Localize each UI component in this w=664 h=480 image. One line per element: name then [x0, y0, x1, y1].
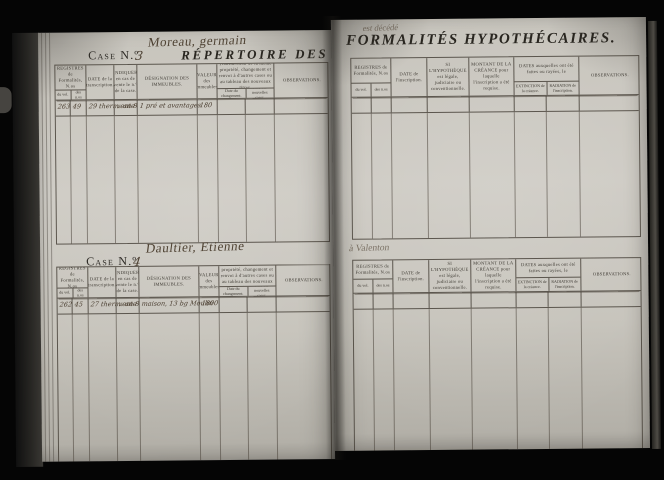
- empty-column-cell: [117, 314, 141, 461]
- entry-cell: [470, 96, 515, 111]
- left-page-title: RÉPERTOIRE DES: [181, 46, 328, 63]
- column-label: DATE de l'inscription.: [393, 260, 428, 292]
- column-5-header: DATES auxquelles ont été faites ou rayée…: [514, 57, 579, 96]
- empty-column-cell: [198, 115, 219, 242]
- column-7-header: OBSERVATIONS.: [276, 265, 331, 296]
- right-page: est décédé FORMALITÉS HYPOTHÉCAIRES. REG…: [331, 17, 650, 451]
- entry-cell: vente: [117, 298, 140, 313]
- column-1-header: REGISTRES de Formalités, N.osdu vol.des …: [55, 65, 86, 99]
- empty-column-cell: [470, 112, 516, 237]
- entry-cell: [277, 296, 332, 312]
- entry-cell: 180: [198, 99, 218, 114]
- column-label: Transmission de la même propriété, chang…: [217, 64, 273, 89]
- column-label: REGISTRES de Formalités, N.os: [353, 260, 392, 278]
- column-sublabel: du vol.: [352, 84, 372, 97]
- column-sublabel: N.os des nouvelles cases.: [246, 89, 274, 98]
- marginal-note-handwritten: à Valenton: [348, 243, 390, 254]
- entry-value-handwritten: 45: [74, 300, 83, 308]
- case-number-handwritten: 3: [134, 49, 143, 63]
- column-6-header: Transmission de la même propriété, chang…: [217, 64, 274, 99]
- empty-column-cell: [394, 309, 431, 450]
- empty-column-cell: [115, 116, 139, 243]
- column-label: DATE de l'inscription.: [391, 58, 426, 96]
- column-label: DÉSIGNATION DES IMMEUBLES.: [137, 64, 196, 99]
- column-sublabel: des n.os: [71, 90, 86, 99]
- column-label: OBSERVATIONS.: [274, 63, 329, 98]
- column-label: INDIQUER en cas de vente le n.º de la ca…: [116, 267, 138, 297]
- entry-cell: [428, 97, 470, 112]
- column-label: REGISTRES de Formalités, N.os: [57, 267, 87, 287]
- column-2-header: DATE de la transcription.: [86, 65, 114, 99]
- entry-cell: [374, 293, 394, 308]
- entry-cell: [472, 292, 517, 307]
- column-1-header: REGISTRES de Formalités, N.osdu vol.des …: [351, 58, 391, 96]
- empty-column-cell: [138, 115, 199, 243]
- empty-column-cell: [428, 113, 471, 238]
- entry-cell: [582, 291, 643, 307]
- column-6-header: OBSERVATIONS.: [581, 258, 642, 291]
- entry-cell: [549, 292, 582, 307]
- entry-value-handwritten: vente: [118, 300, 137, 308]
- column-2-header: DATE de la transcription.: [88, 267, 116, 297]
- column-label: Transmission de la même propriété, chang…: [219, 266, 275, 287]
- case-4-inscriptions-table: REGISTRES de Formalités, N.osdu vol.des …: [352, 257, 643, 451]
- column-2-header: DATE de l'inscription.: [391, 58, 427, 96]
- column-label: SI L'HYPOTHÈQUE est légale, judiciaire o…: [429, 260, 470, 292]
- column-sublabel: du vol.: [56, 90, 72, 99]
- column-sublabel: des n.os: [73, 288, 88, 297]
- entry-cell: [352, 98, 372, 113]
- column-sublabel: RADIATION de l'inscription.: [549, 278, 581, 291]
- column-label: OBSERVATIONS.: [581, 258, 642, 291]
- column-label: INDIQUER en cas de vente le n.º de la ca…: [114, 65, 136, 99]
- entry-cell: 1 pré et avantages: [138, 99, 198, 115]
- empty-column-cell: [372, 113, 393, 238]
- entry-value-handwritten: 1800: [201, 299, 219, 307]
- column-sublabel: Date du changement.: [218, 89, 247, 98]
- column-sublabel: des n.os: [373, 279, 392, 292]
- column-6-header: Transmission de la même propriété, chang…: [219, 266, 276, 297]
- column-sublabel: N.os des nouvelles cases.: [248, 287, 276, 296]
- column-label: DATE de la transcription.: [86, 65, 113, 99]
- column-label: VALEUR des immeubles.: [197, 64, 216, 98]
- entry-cell: [218, 99, 246, 114]
- empty-column-cell: [430, 309, 473, 450]
- entry-cell: 49: [71, 100, 87, 115]
- empty-column-cell: [517, 308, 550, 449]
- empty-column-cell: [580, 111, 641, 237]
- empty-column-cell: [248, 313, 278, 460]
- page-holder-mark: [0, 87, 12, 113]
- entry-value-handwritten: 49: [72, 102, 81, 110]
- column-sublabel: du vol.: [353, 280, 373, 293]
- empty-column-cell: [354, 310, 375, 451]
- entry-cell: [394, 293, 430, 308]
- column-label: DATES auxquelles ont été faites ou rayée…: [514, 57, 578, 82]
- empty-column-cell: [218, 115, 247, 242]
- empty-column-cell: [140, 313, 201, 461]
- entry-cell: 45: [73, 298, 89, 313]
- column-label: SI L'HYPOTHÈQUE est légale, judiciaire o…: [427, 58, 468, 96]
- column-1-header: REGISTRES de Formalités, N.osdu vol.des …: [57, 267, 88, 297]
- empty-column-cell: [277, 312, 332, 460]
- empty-column-cell: [275, 114, 330, 242]
- right-page-title: FORMALITÉS HYPOTHÉCAIRES.: [346, 30, 616, 50]
- entry-value-handwritten: 262: [59, 300, 72, 308]
- column-label: MONTANT DE LA CRÉANCE pour laquelle l'in…: [469, 57, 513, 95]
- entry-cell: [372, 97, 392, 112]
- account-holder-handwritten: Daultier, Etienne: [145, 238, 246, 257]
- entry-cell: [392, 97, 428, 112]
- column-sublabel: Date du changement.: [219, 287, 248, 296]
- empty-column-cell: [58, 314, 74, 461]
- empty-column-cell: [200, 313, 221, 460]
- column-sublabel: RADIATION de l'inscription.: [547, 82, 579, 95]
- marginal-note-handwritten: est décédé: [362, 22, 399, 33]
- column-label: OBSERVATIONS.: [276, 265, 331, 296]
- empty-column-cell: [515, 112, 548, 237]
- empty-column-cell: [56, 117, 72, 244]
- column-sublabel: EXTINCTION de la créance.: [516, 278, 549, 291]
- column-sublabel: des n.os: [372, 83, 391, 96]
- column-5-header: VALEUR des immeubles.: [197, 64, 217, 98]
- entry-value-handwritten: 180: [199, 101, 212, 109]
- empty-column-cell: [472, 308, 518, 449]
- column-4-header: MONTANT DE LA CRÉANCE pour laquelle l'in…: [471, 259, 516, 291]
- column-label: DATES auxquelles ont été faites ou rayée…: [516, 259, 580, 278]
- entry-cell: 27 therm. an 8: [89, 298, 117, 313]
- empty-column-cell: [87, 116, 116, 243]
- column-3-header: SI L'HYPOTHÈQUE est légale, judiciaire o…: [429, 260, 471, 292]
- entry-cell: 262: [58, 298, 73, 313]
- empty-column-cell: [374, 309, 395, 450]
- entry-cell: [354, 294, 374, 309]
- column-label: DÉSIGNATION DES IMMEUBLES.: [139, 266, 198, 297]
- entry-cell: [430, 293, 472, 308]
- empty-column-cell: [220, 313, 249, 460]
- entry-cell: 29 therm. an 8: [87, 100, 115, 115]
- book-cover-right-edge: [648, 21, 661, 449]
- entry-cell: [246, 99, 275, 114]
- column-3-header: INDIQUER en cas de vente le n.º de la ca…: [114, 65, 137, 99]
- entry-cell: [547, 96, 580, 111]
- column-5-header: VALEUR des immeubles.: [199, 266, 219, 296]
- empty-column-cell: [71, 116, 88, 243]
- column-6-header: OBSERVATIONS.: [579, 56, 640, 95]
- column-label: OBSERVATIONS.: [579, 56, 640, 95]
- scanned-register-spread: Case N.º 3 Moreau, germain RÉPERTOIRE DE…: [0, 0, 664, 480]
- empty-column-cell: [582, 307, 643, 449]
- column-7-header: OBSERVATIONS.: [274, 63, 329, 98]
- column-1-header: REGISTRES de Formalités, N.osdu vol.des …: [353, 260, 393, 292]
- column-5-header: DATES auxquelles ont été faites ou rayée…: [516, 259, 581, 292]
- empty-column-cell: [547, 112, 581, 237]
- empty-column-cell: [89, 314, 118, 461]
- column-label: REGISTRES de Formalités, N.os: [55, 65, 85, 89]
- column-label: VALEUR des immeubles.: [199, 266, 218, 296]
- column-3-header: SI L'HYPOTHÈQUE est légale, judiciaire o…: [427, 58, 469, 96]
- entry-cell: [580, 95, 641, 111]
- entry-cell: [515, 96, 547, 111]
- entry-value-handwritten: 1 pré et avantages: [139, 101, 201, 110]
- left-page: Case N.º 3 Moreau, germain RÉPERTOIRE DE…: [38, 30, 335, 462]
- column-sublabel: EXTINCTION de la créance.: [514, 82, 547, 95]
- case-3-inscriptions-table: REGISTRES de Formalités, N.osdu vol.des …: [350, 55, 641, 240]
- ledger-book: Case N.º 3 Moreau, germain RÉPERTOIRE DE…: [0, 0, 664, 480]
- column-4-header: DÉSIGNATION DES IMMEUBLES.: [137, 64, 197, 99]
- column-label: DATE de la transcription.: [88, 267, 115, 297]
- case-label: Case N.º: [88, 48, 139, 63]
- column-2-header: DATE de l'inscription.: [393, 260, 429, 292]
- column-label: MONTANT DE LA CRÉANCE pour laquelle l'in…: [471, 259, 515, 291]
- column-3-header: INDIQUER en cas de vente le n.º de la ca…: [116, 267, 139, 297]
- empty-column-cell: [246, 115, 276, 242]
- entry-cell: vente: [115, 100, 138, 115]
- entry-cell: [248, 297, 277, 312]
- case-3-header-band: Case N.º 3 Moreau, germain RÉPERTOIRE DE…: [38, 36, 331, 65]
- empty-column-cell: [73, 314, 90, 461]
- entry-cell: 263: [56, 101, 71, 116]
- column-4-header: MONTANT DE LA CRÉANCE pour laquelle l'in…: [469, 57, 514, 95]
- entry-cell: [220, 297, 248, 312]
- entry-cell: 1800: [200, 297, 220, 312]
- empty-column-cell: [352, 114, 373, 239]
- case-3-transcriptions-table: REGISTRES de Formalités, N.osdu vol.des …: [54, 62, 330, 245]
- entry-cell: [275, 98, 330, 114]
- column-label: REGISTRES de Formalités, N.os: [351, 58, 390, 82]
- entry-value-handwritten: vente: [116, 102, 135, 110]
- case-4-transcriptions-table: REGISTRES de Formalités, N.osdu vol.des …: [56, 264, 332, 462]
- entry-cell: maison, 13 bg Moulin: [140, 297, 200, 313]
- empty-column-cell: [392, 113, 429, 238]
- entry-value-handwritten: 263: [57, 103, 70, 111]
- column-sublabel: du vol.: [57, 288, 73, 297]
- empty-column-cell: [549, 308, 583, 449]
- column-4-header: DÉSIGNATION DES IMMEUBLES.: [139, 266, 199, 297]
- entry-cell: [517, 292, 549, 307]
